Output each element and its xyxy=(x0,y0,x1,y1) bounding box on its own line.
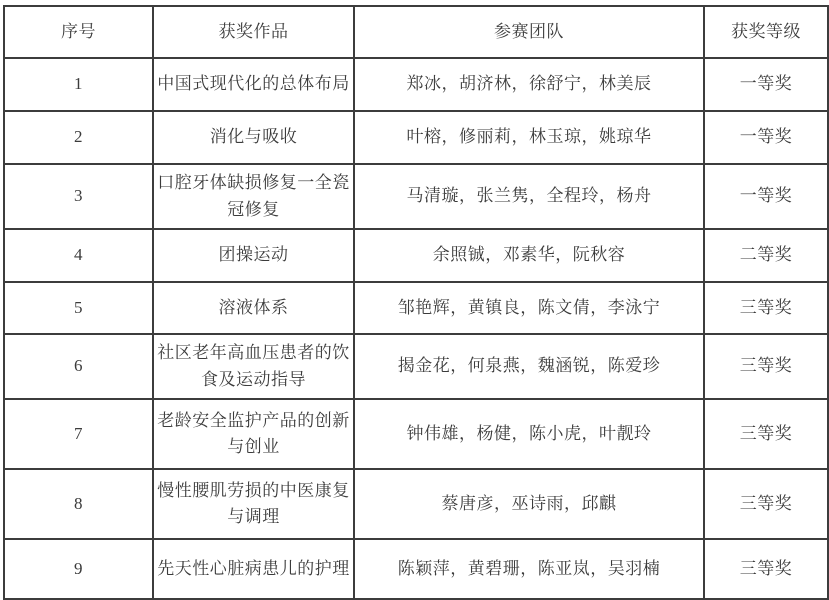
cell-work: 慢性腰肌劳损的中医康复与调理 xyxy=(153,469,354,539)
cell-index: 6 xyxy=(4,334,153,399)
header-cell-award: 获奖等级 xyxy=(704,6,828,58)
table-row: 7 老龄安全监护产品的创新与创业 钟伟雄，杨健，陈小虎，叶靓玲 三等奖 xyxy=(4,399,828,469)
document-page: 序号 获奖作品 参赛团队 获奖等级 1 中国式现代化的总体布局 郑冰，胡济林，徐… xyxy=(0,0,829,600)
cell-award: 一等奖 xyxy=(704,111,828,164)
cell-award: 一等奖 xyxy=(704,164,828,229)
table-row: 9 先天性心脏病患儿的护理 陈颖萍，黄碧珊，陈亚岚，吴羽楠 三等奖 xyxy=(4,539,828,599)
cell-award: 二等奖 xyxy=(704,229,828,282)
table-row: 1 中国式现代化的总体布局 郑冰，胡济林，徐舒宁，林美辰 一等奖 xyxy=(4,58,828,111)
cell-work: 口腔牙体缺损修复一全瓷冠修复 xyxy=(153,164,354,229)
cell-index: 3 xyxy=(4,164,153,229)
cell-work: 团操运动 xyxy=(153,229,354,282)
cell-work: 老龄安全监护产品的创新与创业 xyxy=(153,399,354,469)
table-row: 3 口腔牙体缺损修复一全瓷冠修复 马清璇，张兰隽，全程玲，杨舟 一等奖 xyxy=(4,164,828,229)
cell-award: 三等奖 xyxy=(704,469,828,539)
cell-award: 三等奖 xyxy=(704,334,828,399)
cell-index: 9 xyxy=(4,539,153,599)
header-cell-work: 获奖作品 xyxy=(153,6,354,58)
table-row: 8 慢性腰肌劳损的中医康复与调理 蔡唐彦，巫诗雨，邱麒 三等奖 xyxy=(4,469,828,539)
header-cell-team: 参赛团队 xyxy=(354,6,704,58)
table-row: 6 社区老年高血压患者的饮食及运动指导 揭金花，何泉燕，魏涵锐，陈爱珍 三等奖 xyxy=(4,334,828,399)
table-row: 4 团操运动 余照铖，邓素华，阮秋容 二等奖 xyxy=(4,229,828,282)
header-cell-index: 序号 xyxy=(4,6,153,58)
cell-index: 5 xyxy=(4,282,153,334)
cell-work: 中国式现代化的总体布局 xyxy=(153,58,354,111)
cell-team: 马清璇，张兰隽，全程玲，杨舟 xyxy=(354,164,704,229)
cell-index: 1 xyxy=(4,58,153,111)
cell-index: 2 xyxy=(4,111,153,164)
cell-work: 先天性心脏病患儿的护理 xyxy=(153,539,354,599)
cell-team: 钟伟雄，杨健，陈小虎，叶靓玲 xyxy=(354,399,704,469)
cell-award: 三等奖 xyxy=(704,539,828,599)
cell-team: 蔡唐彦，巫诗雨，邱麒 xyxy=(354,469,704,539)
cell-index: 8 xyxy=(4,469,153,539)
cell-team: 余照铖，邓素华，阮秋容 xyxy=(354,229,704,282)
cell-team: 揭金花，何泉燕，魏涵锐，陈爱珍 xyxy=(354,334,704,399)
cell-work: 溶液体系 xyxy=(153,282,354,334)
cell-team: 郑冰，胡济林，徐舒宁，林美辰 xyxy=(354,58,704,111)
table-row: 5 溶液体系 邹艳辉，黄镇良，陈文倩，李泳宁 三等奖 xyxy=(4,282,828,334)
cell-award: 三等奖 xyxy=(704,399,828,469)
cell-team: 邹艳辉，黄镇良，陈文倩，李泳宁 xyxy=(354,282,704,334)
cell-index: 4 xyxy=(4,229,153,282)
cell-team: 叶榕，修丽莉，林玉琼，姚琼华 xyxy=(354,111,704,164)
header-row: 序号 获奖作品 参赛团队 获奖等级 xyxy=(4,6,828,58)
cell-award: 三等奖 xyxy=(704,282,828,334)
cell-team: 陈颖萍，黄碧珊，陈亚岚，吴羽楠 xyxy=(354,539,704,599)
awards-table: 序号 获奖作品 参赛团队 获奖等级 1 中国式现代化的总体布局 郑冰，胡济林，徐… xyxy=(3,5,829,600)
cell-work: 消化与吸收 xyxy=(153,111,354,164)
cell-index: 7 xyxy=(4,399,153,469)
cell-work: 社区老年高血压患者的饮食及运动指导 xyxy=(153,334,354,399)
table-row: 2 消化与吸收 叶榕，修丽莉，林玉琼，姚琼华 一等奖 xyxy=(4,111,828,164)
cell-award: 一等奖 xyxy=(704,58,828,111)
